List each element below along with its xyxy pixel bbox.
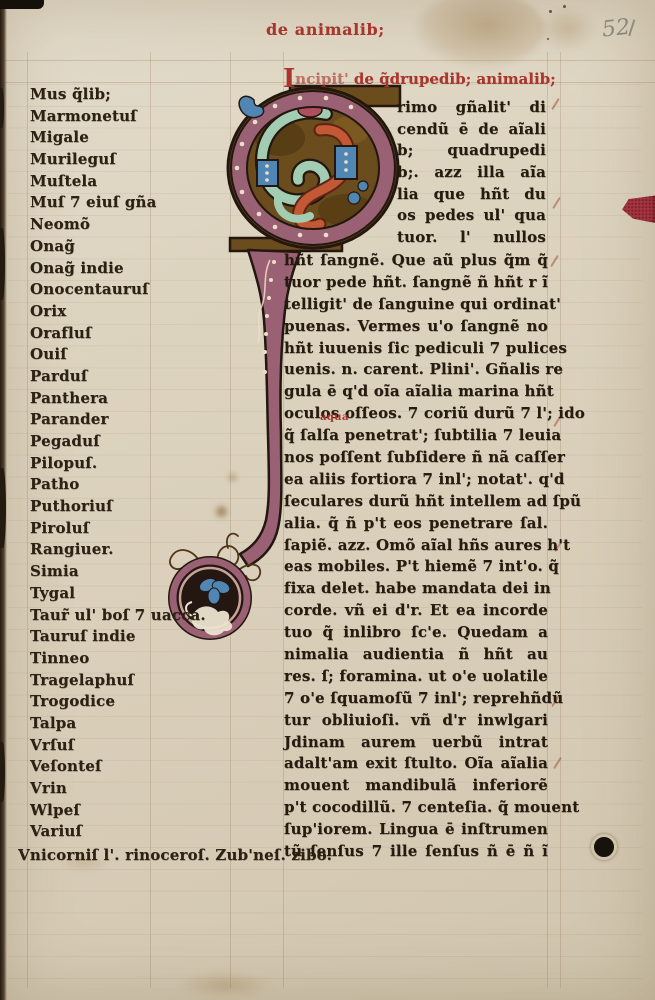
text-line: fixa delet. habe mandata dei in (284, 578, 548, 600)
list-item: Wlpeſ (30, 800, 265, 822)
page-edge-mark (0, 742, 5, 802)
speck (549, 10, 552, 13)
list-item: Mus q̃lib; (30, 84, 265, 106)
rubric-text: de q̃drupedib; animalib; (354, 70, 556, 88)
list-item: Vrſuſ (30, 735, 265, 757)
text-line: tuor pede hñt. ſangnẽ ñ hñt r ĩ (284, 272, 548, 294)
text-line: tur obliuioſi. vñ d'r inwlgari (284, 710, 548, 732)
list-item: Veſonteſ (30, 756, 265, 778)
text-line: hñt ſangnẽ. Que aũ plus q̃m q̃ (284, 250, 548, 272)
list-item: Variuſ (30, 821, 265, 843)
interlinear-gloss: aqua (320, 412, 349, 423)
margin-tick (551, 98, 560, 110)
text-line: alia. q̃ ñ p't eos penetrare ſal. (284, 513, 548, 535)
text-line: tũ ſenſus 7 ille ſenſus ñ ē ñ ĩ (284, 841, 548, 863)
list-item: Vrin (30, 778, 265, 800)
ruling-line (0, 60, 655, 61)
text-line: ſeculares durũ hñt intellem ad ſpũ (284, 491, 548, 513)
list-item: Onocentauruſ (30, 279, 265, 301)
text-line: ea aliis fortiora 7 inl'; notat'. q'd (284, 469, 548, 491)
list-item: Onag̃ (30, 236, 265, 258)
speck (547, 38, 549, 40)
text-line: lia que hñt du (397, 184, 546, 206)
leather-tab (620, 195, 655, 224)
list-item: Rangiuer. (30, 539, 265, 561)
index-list: Mus q̃lib; Marmonetuſ Migale Murileguſ M… (30, 84, 265, 843)
text-line: telligit' de ſanguine qui ordinat' (284, 294, 548, 316)
text-line: mouent mandibulã inferiorẽ (284, 775, 548, 797)
list-item: Migale (30, 127, 265, 149)
ruling-line (560, 52, 561, 988)
list-item: Puthoriuſ (30, 496, 265, 518)
list-item: Simia (30, 561, 265, 583)
speck (563, 5, 566, 8)
text-line: nos poſſent ſubſidere ñ nã caſſer (284, 447, 548, 469)
text-line: q̃ ſalſa penetrat'; ſubtilia 7 leuia (284, 425, 548, 447)
stain (415, 0, 545, 67)
text-line: corde. vñ ei d'r. Et ea incorde (284, 600, 548, 622)
text-line: Jdinam aurem uerbũ intrat (284, 732, 548, 754)
manuscript-page: de animalib; 52 Incipit' de q̃drupedib; … (0, 0, 655, 1000)
text-line: ſapiẽ. azz. Omõ aĩal hñs aures h't (284, 535, 548, 557)
list-item: Pilopuſ. (30, 453, 265, 475)
rubric-word: ncipit' (295, 70, 348, 88)
folio-number: 52 (601, 14, 635, 42)
text-line: puenas. Vermes u'o ſangnẽ no (284, 316, 548, 338)
page-edge-mark (0, 0, 44, 9)
page-edge-mark (0, 88, 4, 128)
folio-number-text: 52 (601, 15, 631, 43)
rubric-initial: I (283, 64, 295, 94)
list-item: Marmonetuſ (30, 106, 265, 128)
text-line: hñt iuuenis ſic pediculi 7 pulices (284, 338, 548, 360)
text-line: adalt'am exit ſtulto. Oĩa aĩalia (284, 753, 548, 775)
list-item: Tinneo (30, 648, 265, 670)
list-item: Onag̃ indie (30, 258, 265, 280)
list-item: Panthera (30, 388, 265, 410)
text-line: ſup'iorem. Lingua ē inſtrumen (284, 819, 548, 841)
text-line: uenis. n. carent. Plini'. Gñalis re (284, 359, 548, 381)
list-item: Talpa (30, 713, 265, 735)
list-item: Neomõ (30, 214, 265, 236)
list-item: Tygal (30, 583, 265, 605)
list-item: Ouiſ (30, 344, 265, 366)
text-line: nimalia audientia ñ hñt au (284, 644, 548, 666)
text-line: p't cocodillũ. 7 centeſia. q̃ mouent (284, 797, 548, 819)
list-item: Taur̃ ul' boſ 7 uacca. (30, 605, 265, 627)
wormhole (591, 834, 617, 860)
main-text-block: hñt ſangnẽ. Que aũ plus q̃m q̃ tuor pede… (284, 250, 548, 863)
text-line: gula ē q'd oĩa aĩalia marina hñt (284, 381, 548, 403)
text-line: tuor. l' nullos (397, 227, 546, 249)
stain (178, 972, 273, 998)
list-item: Muſ 7 eiuſ gña (30, 192, 265, 214)
text-line: b;. azz illa aĩa (397, 162, 546, 184)
text-line: rimo gñalit' di (397, 97, 546, 119)
list-item: Tragelaphuſ (30, 670, 265, 692)
rubric: Incipit' de q̃drupedib; animalib; (283, 70, 547, 88)
list-item: Parander (30, 409, 265, 431)
list-item: Muſtela (30, 171, 265, 193)
list-item: Murileguſ (30, 149, 265, 171)
margin-tick (550, 255, 559, 267)
list-item: Trogodice (30, 691, 265, 713)
main-text-beside-initial: rimo gñalit' di cendũ ē de aĩali b; quad… (397, 97, 546, 249)
list-item: Orix (30, 301, 265, 323)
list-item: Tauruſ indie (30, 626, 265, 648)
text-line: os pedes ul' qua (397, 205, 546, 227)
stain (538, 6, 596, 52)
running-title: de animalib; (266, 20, 385, 39)
text-line: cendũ ē de aĩali (397, 119, 546, 141)
text-line: 7 o'e ſquamoſũ 7 inl'; reprehñdũ (284, 688, 548, 710)
page-edge-mark (0, 228, 5, 300)
text-line: res. ſ; foramina. ut o'e uolatile (284, 666, 548, 688)
list-item: Parduſ (30, 366, 265, 388)
text-line: tuo q̃ inlibro ſc'e. Quedam a (284, 622, 548, 644)
list-item: Piroluſ (30, 518, 265, 540)
list-item: Pegaduſ (30, 431, 265, 453)
list-item: Patho (30, 474, 265, 496)
page-edge-mark (0, 468, 6, 548)
text-line: eas mobiles. P't hiemẽ 7 int'o. q̃ (284, 556, 548, 578)
text-line: b; quadrupedi (397, 140, 546, 162)
list-item: Orafluſ (30, 323, 265, 345)
